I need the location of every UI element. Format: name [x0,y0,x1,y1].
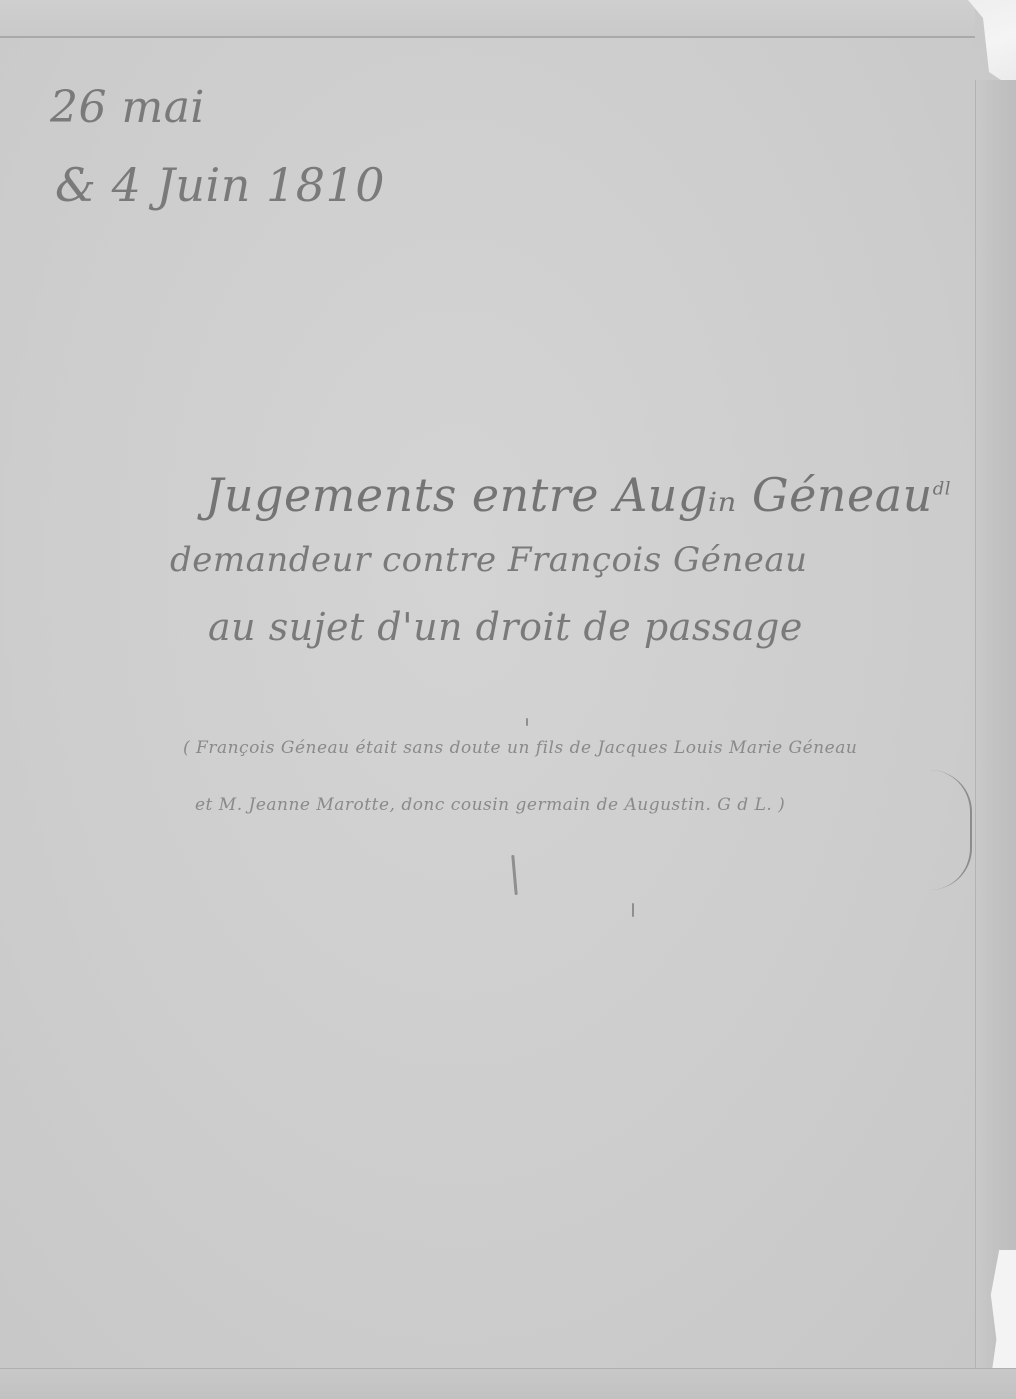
pencil-mark [526,718,528,726]
pencil-mark [632,903,634,917]
title-line-1: Jugements entre Augᵢₙ Géneaudl [205,468,951,522]
closing-parenthesis-stroke [930,770,972,890]
title-line-1-text: Jugements entre Augᵢₙ Géneau [205,468,933,522]
title-line-3: au sujet d'un droit de passage [208,605,803,649]
folder-bottom-fold [0,1368,1016,1399]
pencil-mark [511,855,517,895]
date-line-2: & 4 Juin 1810 [55,158,385,212]
folder-right-edge [975,80,1016,1399]
note-line-1: ( François Géneau était sans doute un fi… [183,738,857,758]
title-line-2: demandeur contre François Géneau [170,540,808,580]
title-line-1-suffix: dl [933,479,951,500]
note-line-2: et M. Jeanne Marotte, donc cousin germai… [195,795,785,815]
folder-top-fold [0,0,975,38]
scanned-document-page: 26 mai & 4 Juin 1810 Jugements entre Aug… [0,0,1016,1399]
date-line-1: 26 mai [50,82,205,133]
